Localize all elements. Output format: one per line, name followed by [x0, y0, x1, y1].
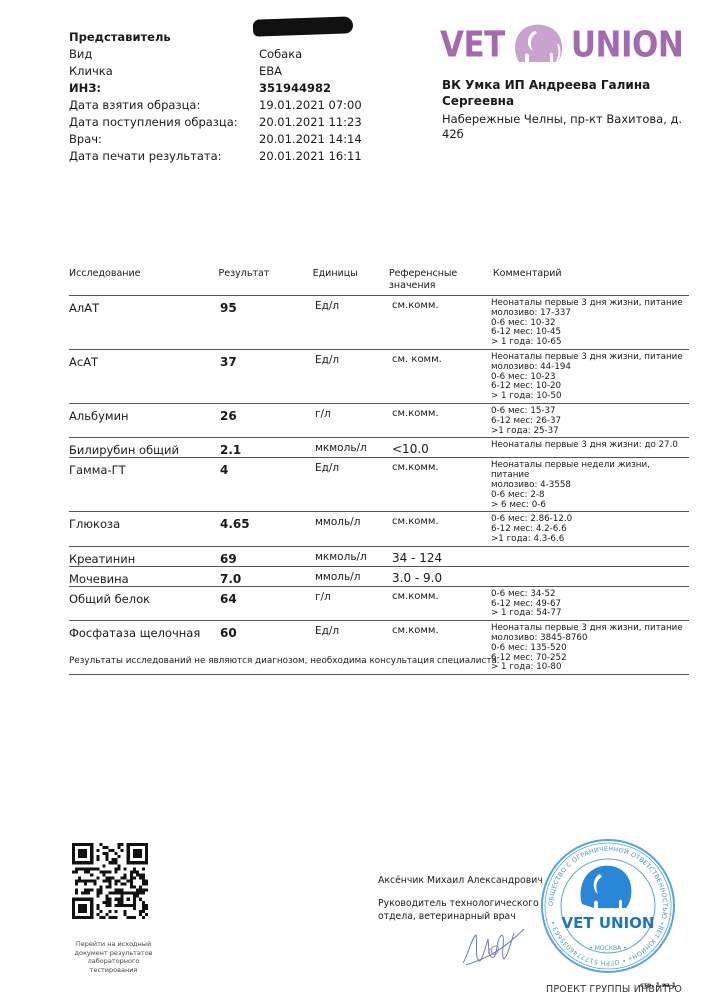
- patient-label: Дата взятия образца:: [69, 98, 259, 112]
- comment-line: > 1 года: 10-50: [491, 392, 689, 402]
- comment-line: > 1 года: 10-65: [491, 338, 689, 348]
- test-name: Общий белок: [69, 587, 220, 620]
- table-row: Мочевина7.0ммоль/л3.0 - 9.0: [69, 567, 689, 587]
- page-number: стр. 1 из 1: [640, 982, 676, 989]
- patient-value: 20.01.2021 16:11: [259, 149, 362, 163]
- test-units: Ед/л: [315, 296, 392, 349]
- comment-line: > 6 мес: 0-6: [491, 501, 689, 511]
- patient-row: Дата печати результата:20.01.2021 16:11: [69, 147, 362, 164]
- svg-text:VET UNION: VET UNION: [562, 914, 655, 932]
- test-result: 2.1: [220, 438, 315, 457]
- test-comment: Неонаталы первые 3 дня жизни, питаниемол…: [491, 350, 689, 403]
- patient-value: 20.01.2021 11:23: [259, 115, 362, 129]
- test-result: 64: [220, 587, 315, 620]
- signer-name: Аксёнчик Михаил Александрович: [378, 874, 543, 887]
- test-units: мкмоль/л: [315, 438, 392, 457]
- test-comment: 0-6 мес: 34-526-12 мес: 49-67> 1 года: 5…: [491, 587, 689, 620]
- header-reference: Референсные значения: [389, 268, 487, 295]
- patient-row: Дата поступления образца:20.01.2021 11:2…: [69, 113, 362, 130]
- patient-row: КличкаЕВА: [69, 62, 362, 79]
- qr-code[interactable]: [72, 843, 148, 919]
- table-row: Гамма-ГТ4Ед/лсм.комм.Неонаталы первые не…: [69, 458, 689, 512]
- test-reference: см.комм.: [392, 587, 491, 620]
- test-units: ммоль/л: [315, 567, 392, 586]
- company-stamp: ОБЩЕСТВО С ОГРАНИЧЕННОЙ ОТВЕТСТВЕННОСТЬЮ…: [538, 836, 678, 976]
- patient-label: Дата печати результата:: [69, 149, 259, 163]
- test-reference: см.комм.: [392, 296, 491, 349]
- patient-label: Врач:: [69, 132, 259, 146]
- elephant-icon: [509, 22, 567, 68]
- table-row: Креатинин69мкмоль/л34 - 124: [69, 547, 689, 567]
- test-reference: см.комм.: [392, 458, 491, 511]
- table-row: Глюкоза4.65ммоль/лсм.комм.0-6 мес: 2.86-…: [69, 512, 689, 546]
- header-test: Исследование: [69, 268, 219, 295]
- qr-caption: Перейти на исходный документ результатов…: [66, 940, 161, 974]
- signer-position-line1: Руководитель технологического: [378, 897, 543, 910]
- patient-label: ИНЗ:: [69, 81, 259, 95]
- comment-line: >1 года: 4.3-6.6: [491, 535, 689, 545]
- patient-value: ЕВА: [259, 64, 282, 78]
- patient-row: Врач:20.01.2021 14:14: [69, 130, 362, 147]
- test-name: Фосфатаза щелочная: [69, 621, 220, 674]
- logo-text-right: UNION: [571, 24, 683, 65]
- test-result: 37: [220, 350, 315, 403]
- test-name: Билирубин общий: [69, 438, 220, 457]
- test-reference: см.комм.: [392, 512, 491, 545]
- patient-label: Дата поступления образца:: [69, 115, 259, 129]
- test-units: мкмоль/л: [315, 547, 392, 566]
- patient-value: Собака: [259, 47, 302, 61]
- clinic-info: ВК Умка ИП Андреева Галина Сергеевна Наб…: [442, 77, 692, 142]
- test-result: 4: [220, 458, 315, 511]
- test-reference: 34 - 124: [392, 547, 491, 566]
- redacted-representative-name: [253, 16, 354, 36]
- patient-label: Представитель: [69, 30, 259, 44]
- test-comment: 0-6 мес: 2.86-12.06-12 мес: 4.2-6.6>1 го…: [491, 512, 689, 545]
- test-name: Гамма-ГТ: [69, 458, 220, 511]
- test-name: Глюкоза: [69, 512, 220, 545]
- comment-line: Неонаталы первые недели жизни, питание: [491, 461, 689, 481]
- comment-line: Неонаталы первые 3 дня жизни: до 27.0: [491, 441, 689, 451]
- test-name: Альбумин: [69, 404, 220, 437]
- clinic-name: ВК Умка ИП Андреева Галина Сергеевна: [442, 77, 692, 109]
- signer-position-line2: отдела, ветеринарный врач: [378, 910, 543, 923]
- test-comment: Неонаталы первые 3 дня жизни, питаниемол…: [491, 296, 689, 349]
- test-result: 69: [220, 547, 315, 566]
- table-row: Общий белок64г/лсм.комм.0-6 мес: 34-526-…: [69, 587, 689, 621]
- vet-union-logo: VET UNION: [440, 22, 683, 68]
- patient-value: 19.01.2021 07:00: [259, 98, 362, 112]
- test-reference: 3.0 - 9.0: [392, 567, 491, 586]
- test-reference: см.комм.: [392, 404, 491, 437]
- table-row: АсАТ37Ед/лсм. комм.Неонаталы первые 3 дн…: [69, 350, 689, 404]
- logo-text-left: VET: [440, 24, 505, 65]
- patient-info: ПредставительВидСобакаКличкаЕВАИНЗ:35194…: [69, 28, 362, 164]
- test-units: г/л: [315, 404, 392, 437]
- signer-block: Аксёнчик Михаил Александрович Руководите…: [378, 874, 543, 923]
- clinic-address: Набережные Челны, пр-кт Вахитова, д. 42б: [442, 112, 692, 142]
- test-units: ммоль/л: [315, 512, 392, 545]
- patient-value: 20.01.2021 14:14: [259, 132, 362, 146]
- patient-label: Вид: [69, 47, 259, 61]
- header-result: Результат: [219, 268, 313, 295]
- results-table: Исследование Результат Единицы Референсн…: [69, 268, 689, 675]
- comment-line: > 1 года: 10-80: [491, 663, 689, 673]
- comment-line: >1 года: 25-37: [491, 427, 689, 437]
- header-comment: Комментарий: [487, 268, 689, 295]
- test-result: 95: [220, 296, 315, 349]
- comment-line: > 1 года: 54-77: [491, 609, 689, 619]
- patient-value: 351944982: [259, 81, 331, 95]
- test-reference: <10.0: [392, 438, 491, 457]
- test-comment: Неонаталы первые 3 дня жизни, питаниемол…: [491, 621, 689, 674]
- test-units: г/л: [315, 587, 392, 620]
- table-row: АлАТ95Ед/лсм.комм.Неонаталы первые 3 дня…: [69, 296, 689, 350]
- test-result: 7.0: [220, 567, 315, 586]
- test-name: АлАТ: [69, 296, 220, 349]
- table-body: АлАТ95Ед/лсм.комм.Неонаталы первые 3 дня…: [69, 296, 689, 675]
- table-row: Билирубин общий2.1мкмоль/л<10.0Неонаталы…: [69, 438, 689, 458]
- test-units: Ед/л: [315, 621, 392, 674]
- patient-row: ВидСобака: [69, 45, 362, 62]
- svg-text:• МОСКВА •: • МОСКВА •: [589, 945, 626, 952]
- test-comment: [491, 547, 689, 566]
- test-units: Ед/л: [315, 350, 392, 403]
- test-result: 26: [220, 404, 315, 437]
- signature: [458, 925, 528, 970]
- test-comment: 0-6 мес: 15-376-12 мес: 26-37>1 года: 25…: [491, 404, 689, 437]
- test-name: Мочевина: [69, 567, 220, 586]
- test-name: АсАТ: [69, 350, 220, 403]
- patient-row: ИНЗ:351944982: [69, 79, 362, 96]
- test-result: 60: [220, 621, 315, 674]
- test-reference: см.комм.: [392, 621, 491, 674]
- header-units: Единицы: [313, 268, 389, 295]
- table-row: Фосфатаза щелочная60Ед/лсм.комм.Неонатал…: [69, 621, 689, 675]
- test-comment: Неонаталы первые недели жизни, питаниемо…: [491, 458, 689, 511]
- test-units: Ед/л: [315, 458, 392, 511]
- test-comment: [491, 567, 689, 586]
- table-row: Альбумин26г/лсм.комм.0-6 мес: 15-376-12 …: [69, 404, 689, 438]
- test-name: Креатинин: [69, 547, 220, 566]
- patient-label: Кличка: [69, 64, 259, 78]
- test-reference: см. комм.: [392, 350, 491, 403]
- table-header: Исследование Результат Единицы Референсн…: [69, 268, 689, 296]
- test-result: 4.65: [220, 512, 315, 545]
- patient-row: Дата взятия образца:19.01.2021 07:00: [69, 96, 362, 113]
- test-comment: Неонаталы первые 3 дня жизни: до 27.0: [491, 438, 689, 457]
- disclaimer: Результаты исследований не являются диаг…: [69, 656, 500, 666]
